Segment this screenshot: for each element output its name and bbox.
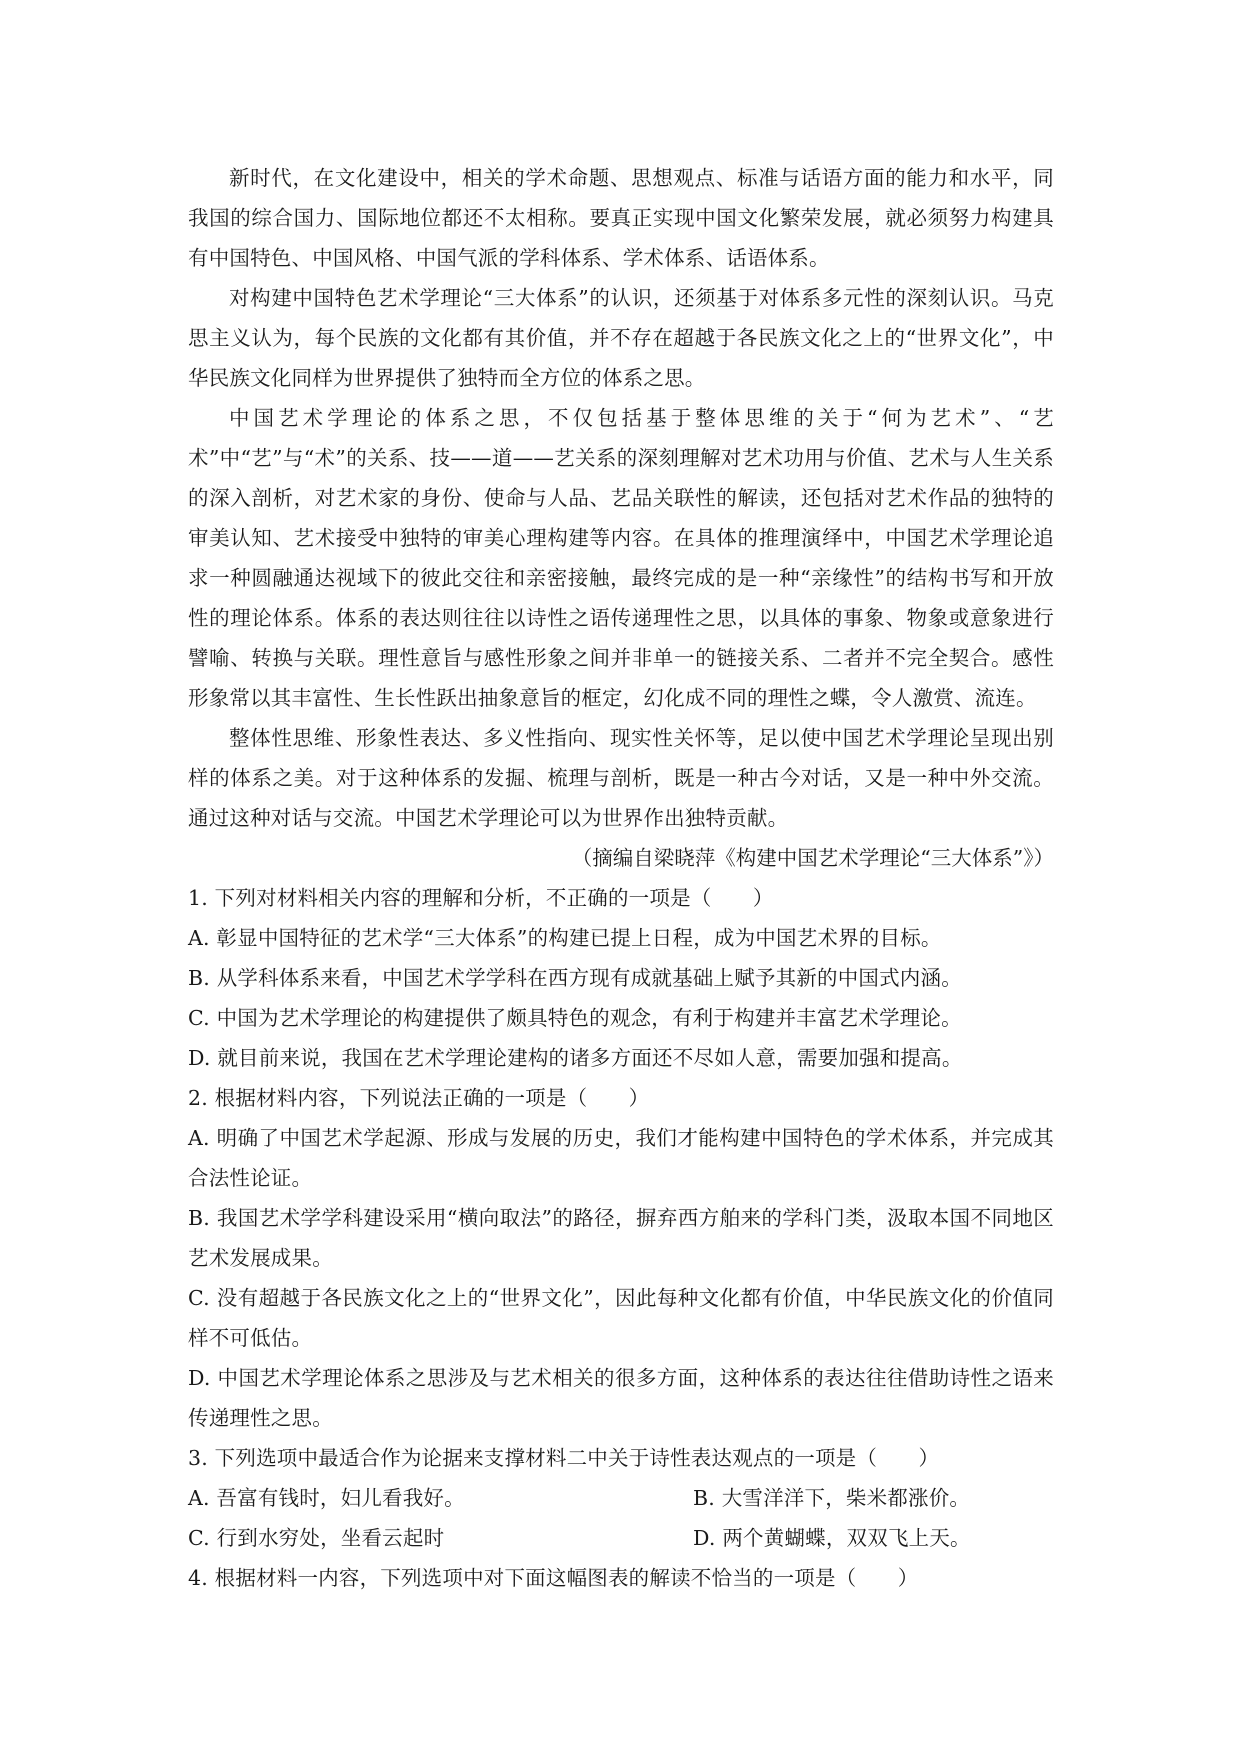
question-3: 3. 下列选项中最适合作为论据来支撑材料二中关于诗性表达观点的一项是（ ） A.… — [188, 1438, 1054, 1558]
exam-page: 新时代，在文化建设中，相关的学术命题、思想观点、标准与话语方面的能力和水平，同我… — [188, 158, 1054, 1598]
option-b: B. 大雪洋洋下，柴米都涨价。 — [693, 1478, 1054, 1518]
question-2: 2. 根据材料内容，下列说法正确的一项是（ ） A. 明确了中国艺术学起源、形成… — [188, 1078, 1054, 1438]
option-grid: A. 吾富有钱时，妇儿看我好。 B. 大雪洋洋下，柴米都涨价。 C. 行到水穷处… — [188, 1478, 1054, 1558]
passage-paragraph-3: 中国艺术学理论的体系之思，不仅包括基于整体思维的关于“何为艺术”、“艺术”中“艺… — [188, 398, 1054, 718]
question-4: 4. 根据材料一内容，下列选项中对下面这幅图表的解读不恰当的一项是（ ） — [188, 1558, 1054, 1598]
question-1: 1. 下列对材料相关内容的理解和分析，不正确的一项是（ ） A. 彰显中国特征的… — [188, 878, 1054, 1078]
option-d: D. 中国艺术学理论体系之思涉及与艺术相关的很多方面，这种体系的表达往往借助诗性… — [188, 1358, 1054, 1438]
question-stem: 3. 下列选项中最适合作为论据来支撑材料二中关于诗性表达观点的一项是（ ） — [188, 1438, 1054, 1478]
passage-paragraph-2: 对构建中国特色艺术学理论“三大体系”的认识，还须基于对体系多元性的深刻认识。马克… — [188, 278, 1054, 398]
option-b: B. 从学科体系来看，中国艺术学学科在西方现有成就基础上赋予其新的中国式内涵。 — [188, 958, 1054, 998]
option-a: A. 彰显中国特征的艺术学“三大体系”的构建已提上日程，成为中国艺术界的目标。 — [188, 918, 1054, 958]
question-stem: 4. 根据材料一内容，下列选项中对下面这幅图表的解读不恰当的一项是（ ） — [188, 1558, 1054, 1598]
option-d: D. 就目前来说，我国在艺术学理论建构的诸多方面还不尽如人意，需要加强和提高。 — [188, 1038, 1054, 1078]
passage-paragraph-1: 新时代，在文化建设中，相关的学术命题、思想观点、标准与话语方面的能力和水平，同我… — [188, 158, 1054, 278]
passage-paragraph-4: 整体性思维、形象性表达、多义性指向、现实性关怀等，足以使中国艺术学理论呈现出别样… — [188, 718, 1054, 838]
option-c: C. 行到水穷处，坐看云起时 — [188, 1518, 693, 1558]
option-a: A. 明确了中国艺术学起源、形成与发展的历史，我们才能构建中国特色的学术体系，并… — [188, 1118, 1054, 1198]
passage-source-citation: （摘编自梁晓萍《构建中国艺术学理论“三大体系”》） — [188, 838, 1054, 878]
reading-passage: 新时代，在文化建设中，相关的学术命题、思想观点、标准与话语方面的能力和水平，同我… — [188, 158, 1054, 878]
question-stem: 2. 根据材料内容，下列说法正确的一项是（ ） — [188, 1078, 1054, 1118]
question-stem: 1. 下列对材料相关内容的理解和分析，不正确的一项是（ ） — [188, 878, 1054, 918]
option-c: C. 没有超越于各民族文化之上的“世界文化”，因此每种文化都有价值，中华民族文化… — [188, 1278, 1054, 1358]
option-a: A. 吾富有钱时，妇儿看我好。 — [188, 1478, 693, 1518]
option-c: C. 中国为艺术学理论的构建提供了颇具特色的观念，有利于构建并丰富艺术学理论。 — [188, 998, 1054, 1038]
option-d: D. 两个黄蝴蝶，双双飞上天。 — [693, 1518, 1054, 1558]
option-b: B. 我国艺术学学科建设采用“横向取法”的路径，摒弃西方舶来的学科门类，汲取本国… — [188, 1198, 1054, 1278]
